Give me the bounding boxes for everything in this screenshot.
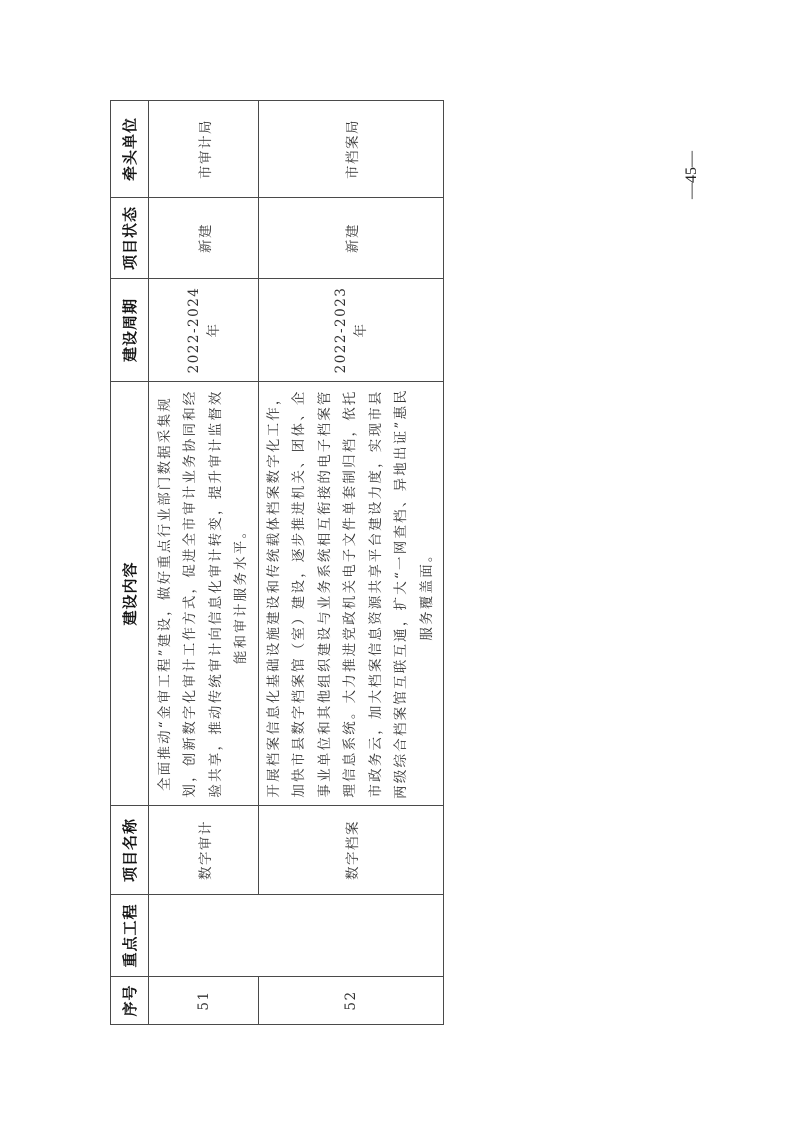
cell-period: 2022-2023 年 xyxy=(259,279,444,382)
cell-period: 2022-2024 年 xyxy=(149,279,259,382)
table-row: 52 数字档案 开展档案信息化基础设施建设和传统载体档案数字化工作，加快市县数字… xyxy=(259,101,444,1025)
cell-seq: 51 xyxy=(149,977,259,1025)
table-row: 51 数字审计 全面推动“金审工程”建设，做好重点行业部门数据采集规划，创新数字… xyxy=(149,101,259,1025)
cell-lead-unit: 市审计局 xyxy=(149,101,259,198)
header-status: 项目状态 xyxy=(111,198,149,279)
cell-lead-unit: 市档案局 xyxy=(259,101,444,198)
cell-project-name: 数字档案 xyxy=(259,806,444,895)
header-project-name: 项目名称 xyxy=(111,806,149,895)
cell-status: 新建 xyxy=(259,198,444,279)
header-key-project: 重点工程 xyxy=(111,895,149,977)
header-seq: 序号 xyxy=(111,977,149,1025)
header-lead-unit: 牵头单位 xyxy=(111,101,149,198)
cell-key-project xyxy=(149,895,444,977)
cell-content: 全面推动“金审工程”建设，做好重点行业部门数据采集规划，创新数字化审计工作方式，… xyxy=(149,382,259,806)
header-content: 建设内容 xyxy=(111,382,149,806)
page-number: —45— xyxy=(683,151,701,199)
cell-seq: 52 xyxy=(259,977,444,1025)
header-period: 建设周期 xyxy=(111,279,149,382)
project-table: 序号 重点工程 项目名称 建设内容 建设周期 项目状态 牵头单位 51 数字审计… xyxy=(110,100,444,1025)
project-table-rotated: 序号 重点工程 项目名称 建设内容 建设周期 项目状态 牵头单位 51 数字审计… xyxy=(110,101,443,1025)
table-header-row: 序号 重点工程 项目名称 建设内容 建设周期 项目状态 牵头单位 xyxy=(111,101,149,1025)
cell-project-name: 数字审计 xyxy=(149,806,259,895)
cell-status: 新建 xyxy=(149,198,259,279)
cell-content: 开展档案信息化基础设施建设和传统载体档案数字化工作，加快市县数字档案馆（室）建设… xyxy=(259,382,444,806)
